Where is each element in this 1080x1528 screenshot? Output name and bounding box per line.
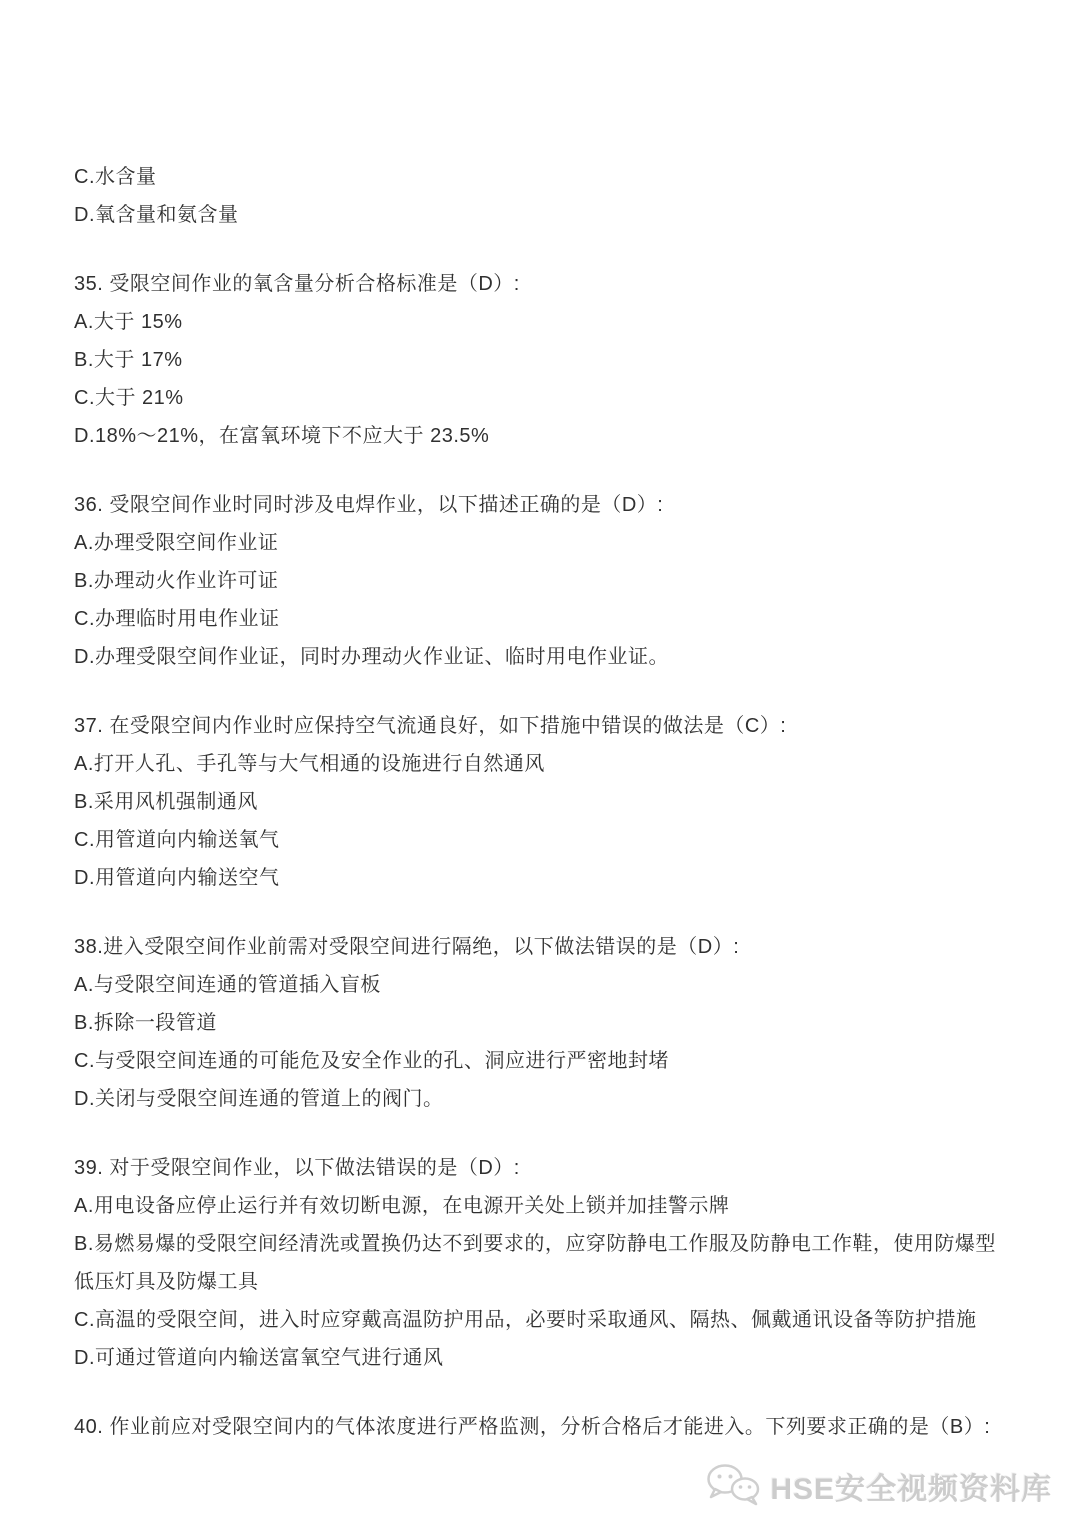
- question-title: 35. 受限空间作业的氧含量分析合格标准是（D）:: [74, 265, 1014, 303]
- option-line: D.可通过管道向内输送富氧空气进行通风: [74, 1339, 1014, 1377]
- question-34-options: C.水含量 D.氧含量和氨含量: [74, 158, 1014, 234]
- option-line: A.办理受限空间作业证: [74, 524, 1014, 562]
- document-body: C.水含量 D.氧含量和氨含量 35. 受限空间作业的氧含量分析合格标准是（D）…: [74, 158, 1014, 1446]
- question-39: 39. 对于受限空间作业，以下做法错误的是（D）: A.用电设备应停止运行并有效…: [74, 1149, 1014, 1377]
- option-line: D.氧含量和氨含量: [74, 196, 1014, 234]
- question-title: 37. 在受限空间内作业时应保持空气流通良好，如下措施中错误的做法是（C）:: [74, 707, 1014, 745]
- option-line: C.水含量: [74, 158, 1014, 196]
- question-title: 40. 作业前应对受限空间内的气体浓度进行严格监测，分析合格后才能进入。下列要求…: [74, 1408, 1014, 1446]
- option-line: A.打开人孔、手孔等与大气相通的设施进行自然通风: [74, 745, 1014, 783]
- option-line: C.用管道向内输送氧气: [74, 821, 1014, 859]
- option-line: C.与受限空间连通的可能危及安全作业的孔、洞应进行严密地封堵: [74, 1042, 1014, 1080]
- question-36: 36. 受限空间作业时同时涉及电焊作业，以下描述正确的是（D）: A.办理受限空…: [74, 486, 1014, 676]
- document-page: C.水含量 D.氧含量和氨含量 35. 受限空间作业的氧含量分析合格标准是（D）…: [0, 0, 1080, 1528]
- option-line: A.用电设备应停止运行并有效切断电源，在电源开关处上锁并加挂警示牌: [74, 1187, 1014, 1225]
- option-line: A.大于 15%: [74, 303, 1014, 341]
- wechat-logo-icon: [706, 1462, 760, 1510]
- question-38: 38.进入受限空间作业前需对受限空间进行隔绝，以下做法错误的是（D）: A.与受…: [74, 928, 1014, 1118]
- option-line: C.大于 21%: [74, 379, 1014, 417]
- option-line: A.与受限空间连通的管道插入盲板: [74, 966, 1014, 1004]
- option-line: D.关闭与受限空间连通的管道上的阀门。: [74, 1080, 1014, 1118]
- option-line: B.大于 17%: [74, 341, 1014, 379]
- question-40: 40. 作业前应对受限空间内的气体浓度进行严格监测，分析合格后才能进入。下列要求…: [74, 1408, 1014, 1446]
- option-line: C.办理临时用电作业证: [74, 600, 1014, 638]
- question-37: 37. 在受限空间内作业时应保持空气流通良好，如下措施中错误的做法是（C）: A…: [74, 707, 1014, 897]
- option-line: B.办理动火作业许可证: [74, 562, 1014, 600]
- option-line: B.拆除一段管道: [74, 1004, 1014, 1042]
- question-title: 38.进入受限空间作业前需对受限空间进行隔绝，以下做法错误的是（D）:: [74, 928, 1014, 966]
- option-line: C.高温的受限空间，进入时应穿戴高温防护用品，必要时采取通风、隔热、佩戴通讯设备…: [74, 1301, 1014, 1339]
- question-35: 35. 受限空间作业的氧含量分析合格标准是（D）: A.大于 15% B.大于 …: [74, 265, 1014, 455]
- option-line: B.易燃易爆的受限空间经清洗或置换仍达不到要求的，应穿防静电工作服及防静电工作鞋…: [74, 1225, 1014, 1301]
- watermark: HSE安全视频资料库: [706, 1462, 1052, 1510]
- option-line: D.18%～21%，在富氧环境下不应大于 23.5%: [74, 417, 1014, 455]
- watermark-label: HSE安全视频资料库: [770, 1464, 1052, 1508]
- question-title: 39. 对于受限空间作业，以下做法错误的是（D）:: [74, 1149, 1014, 1187]
- option-line: B.采用风机强制通风: [74, 783, 1014, 821]
- option-line: D.办理受限空间作业证，同时办理动火作业证、临时用电作业证。: [74, 638, 1014, 676]
- question-title: 36. 受限空间作业时同时涉及电焊作业，以下描述正确的是（D）:: [74, 486, 1014, 524]
- option-line: D.用管道向内输送空气: [74, 859, 1014, 897]
